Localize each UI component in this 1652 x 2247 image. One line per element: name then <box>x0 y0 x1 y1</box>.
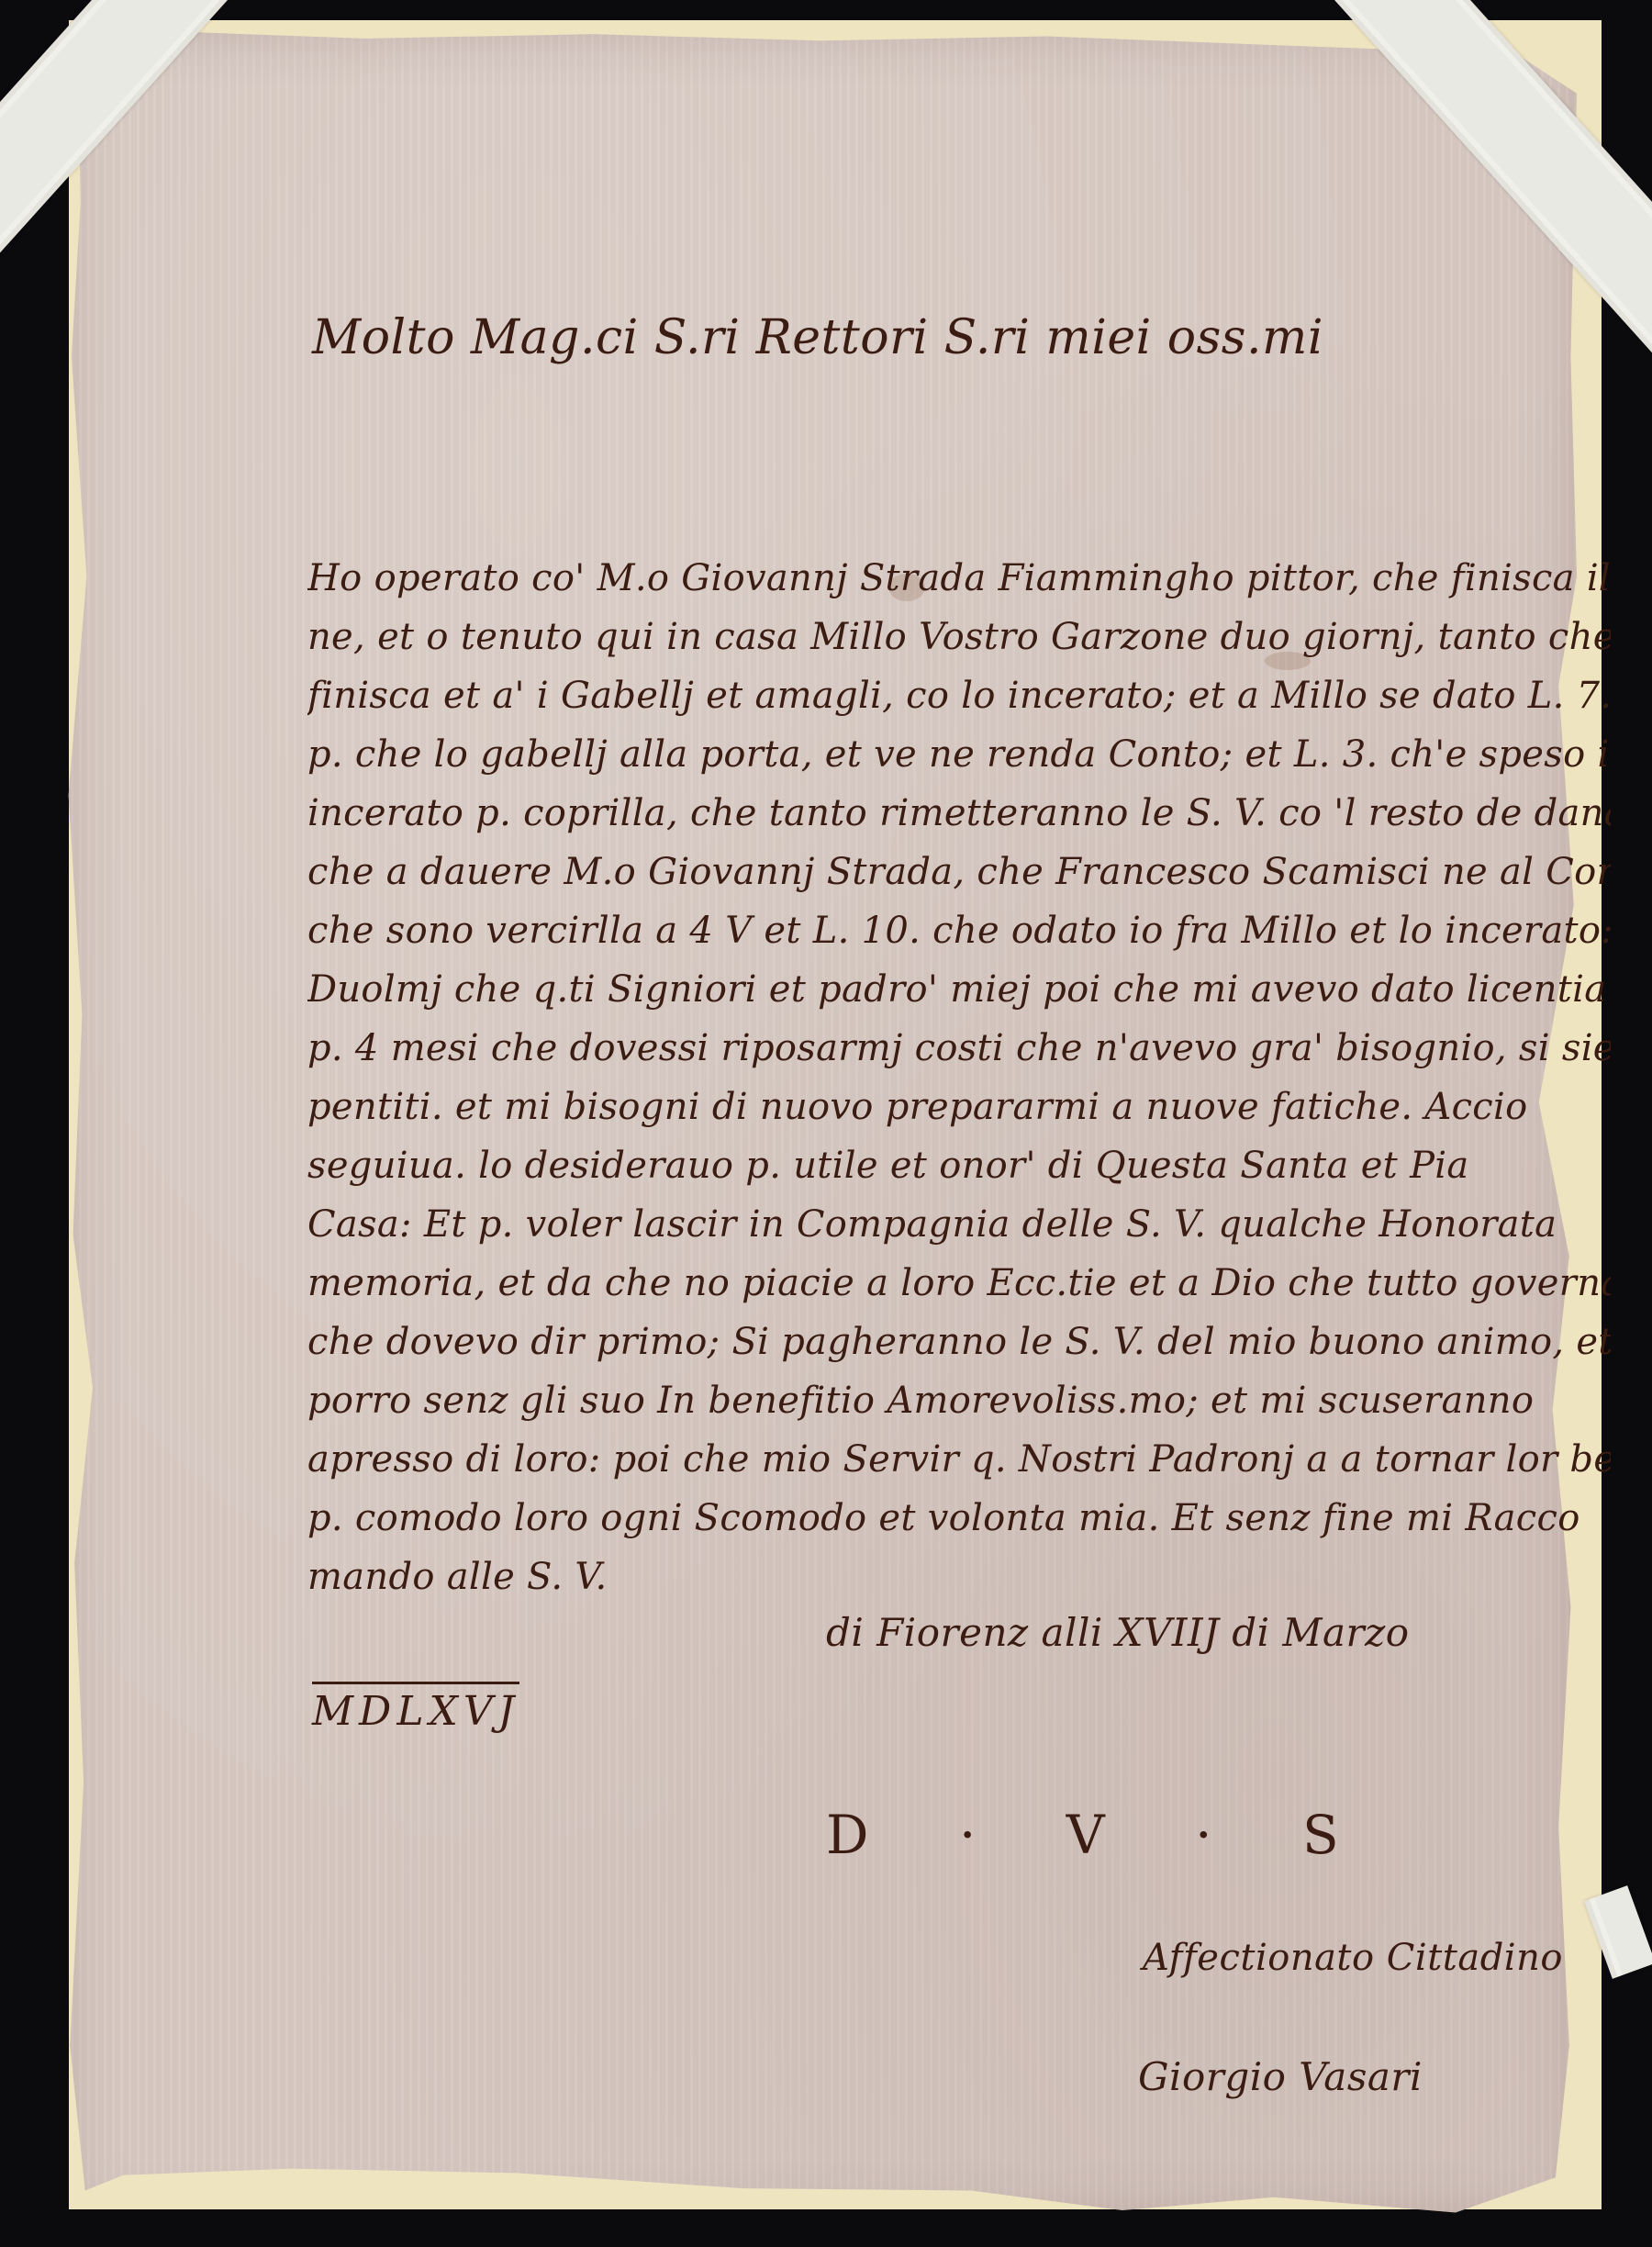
body-line: incerato p. coprilla, che tanto rimetter… <box>307 784 1611 843</box>
letter-body: Ho operato co' M.o Giovannj Strada Fiamm… <box>307 549 1611 1606</box>
date-place: di Fiorenz alli XVIIJ di Marzo <box>826 1610 1409 1655</box>
body-line: seguiua. lo desiderauo p. utile et onor'… <box>307 1136 1611 1195</box>
body-line: ne, et o tenuto qui in casa Millo Vostro… <box>307 608 1611 666</box>
body-line: mando alle S. V. <box>307 1548 1611 1606</box>
body-line: porro senz gli suo In benefitio Amorevol… <box>307 1371 1611 1430</box>
body-line: apresso di loro: poi che mio Servir q. N… <box>307 1430 1611 1489</box>
signature: Giorgio Vasari <box>1138 2054 1423 2099</box>
body-line: p. comodo loro ogni Scomodo et volonta m… <box>307 1489 1611 1548</box>
body-line: p. 4 mesi che dovessi riposarmj costi ch… <box>307 1019 1611 1078</box>
closing-initials: D · V · S <box>826 1804 1376 1866</box>
body-line: pentiti. et mi bisogni di nuovo preparar… <box>307 1078 1611 1136</box>
year: MDLXVJ <box>312 1682 519 1735</box>
body-line: Casa: Et p. voler lascir in Compagnia de… <box>307 1195 1611 1254</box>
body-line: che sono vercirlla a 4 V et L. 10. che o… <box>307 901 1611 960</box>
body-line: p. che lo gabellj alla porta, et ve ne r… <box>307 725 1611 784</box>
body-line: che dovevo dir primo; Si pagheranno le S… <box>307 1313 1611 1371</box>
body-line: memoria, et da che no piacie a loro Ecc.… <box>307 1254 1611 1313</box>
closing-phrase: Affectionato Cittadino <box>1143 1937 1563 1979</box>
body-line: Ho operato co' M.o Giovannj Strada Fiamm… <box>307 549 1611 608</box>
body-line: finisca et a' i Gabellj et amagli, co lo… <box>307 666 1611 725</box>
salutation: Molto Mag.ci S.ri Rettori S.ri miei oss.… <box>312 310 1323 365</box>
body-line: Duolmj che q.ti Signiori et padro' miej … <box>307 960 1611 1019</box>
body-line: che a dauere M.o Giovannj Strada, che Fr… <box>307 843 1611 901</box>
